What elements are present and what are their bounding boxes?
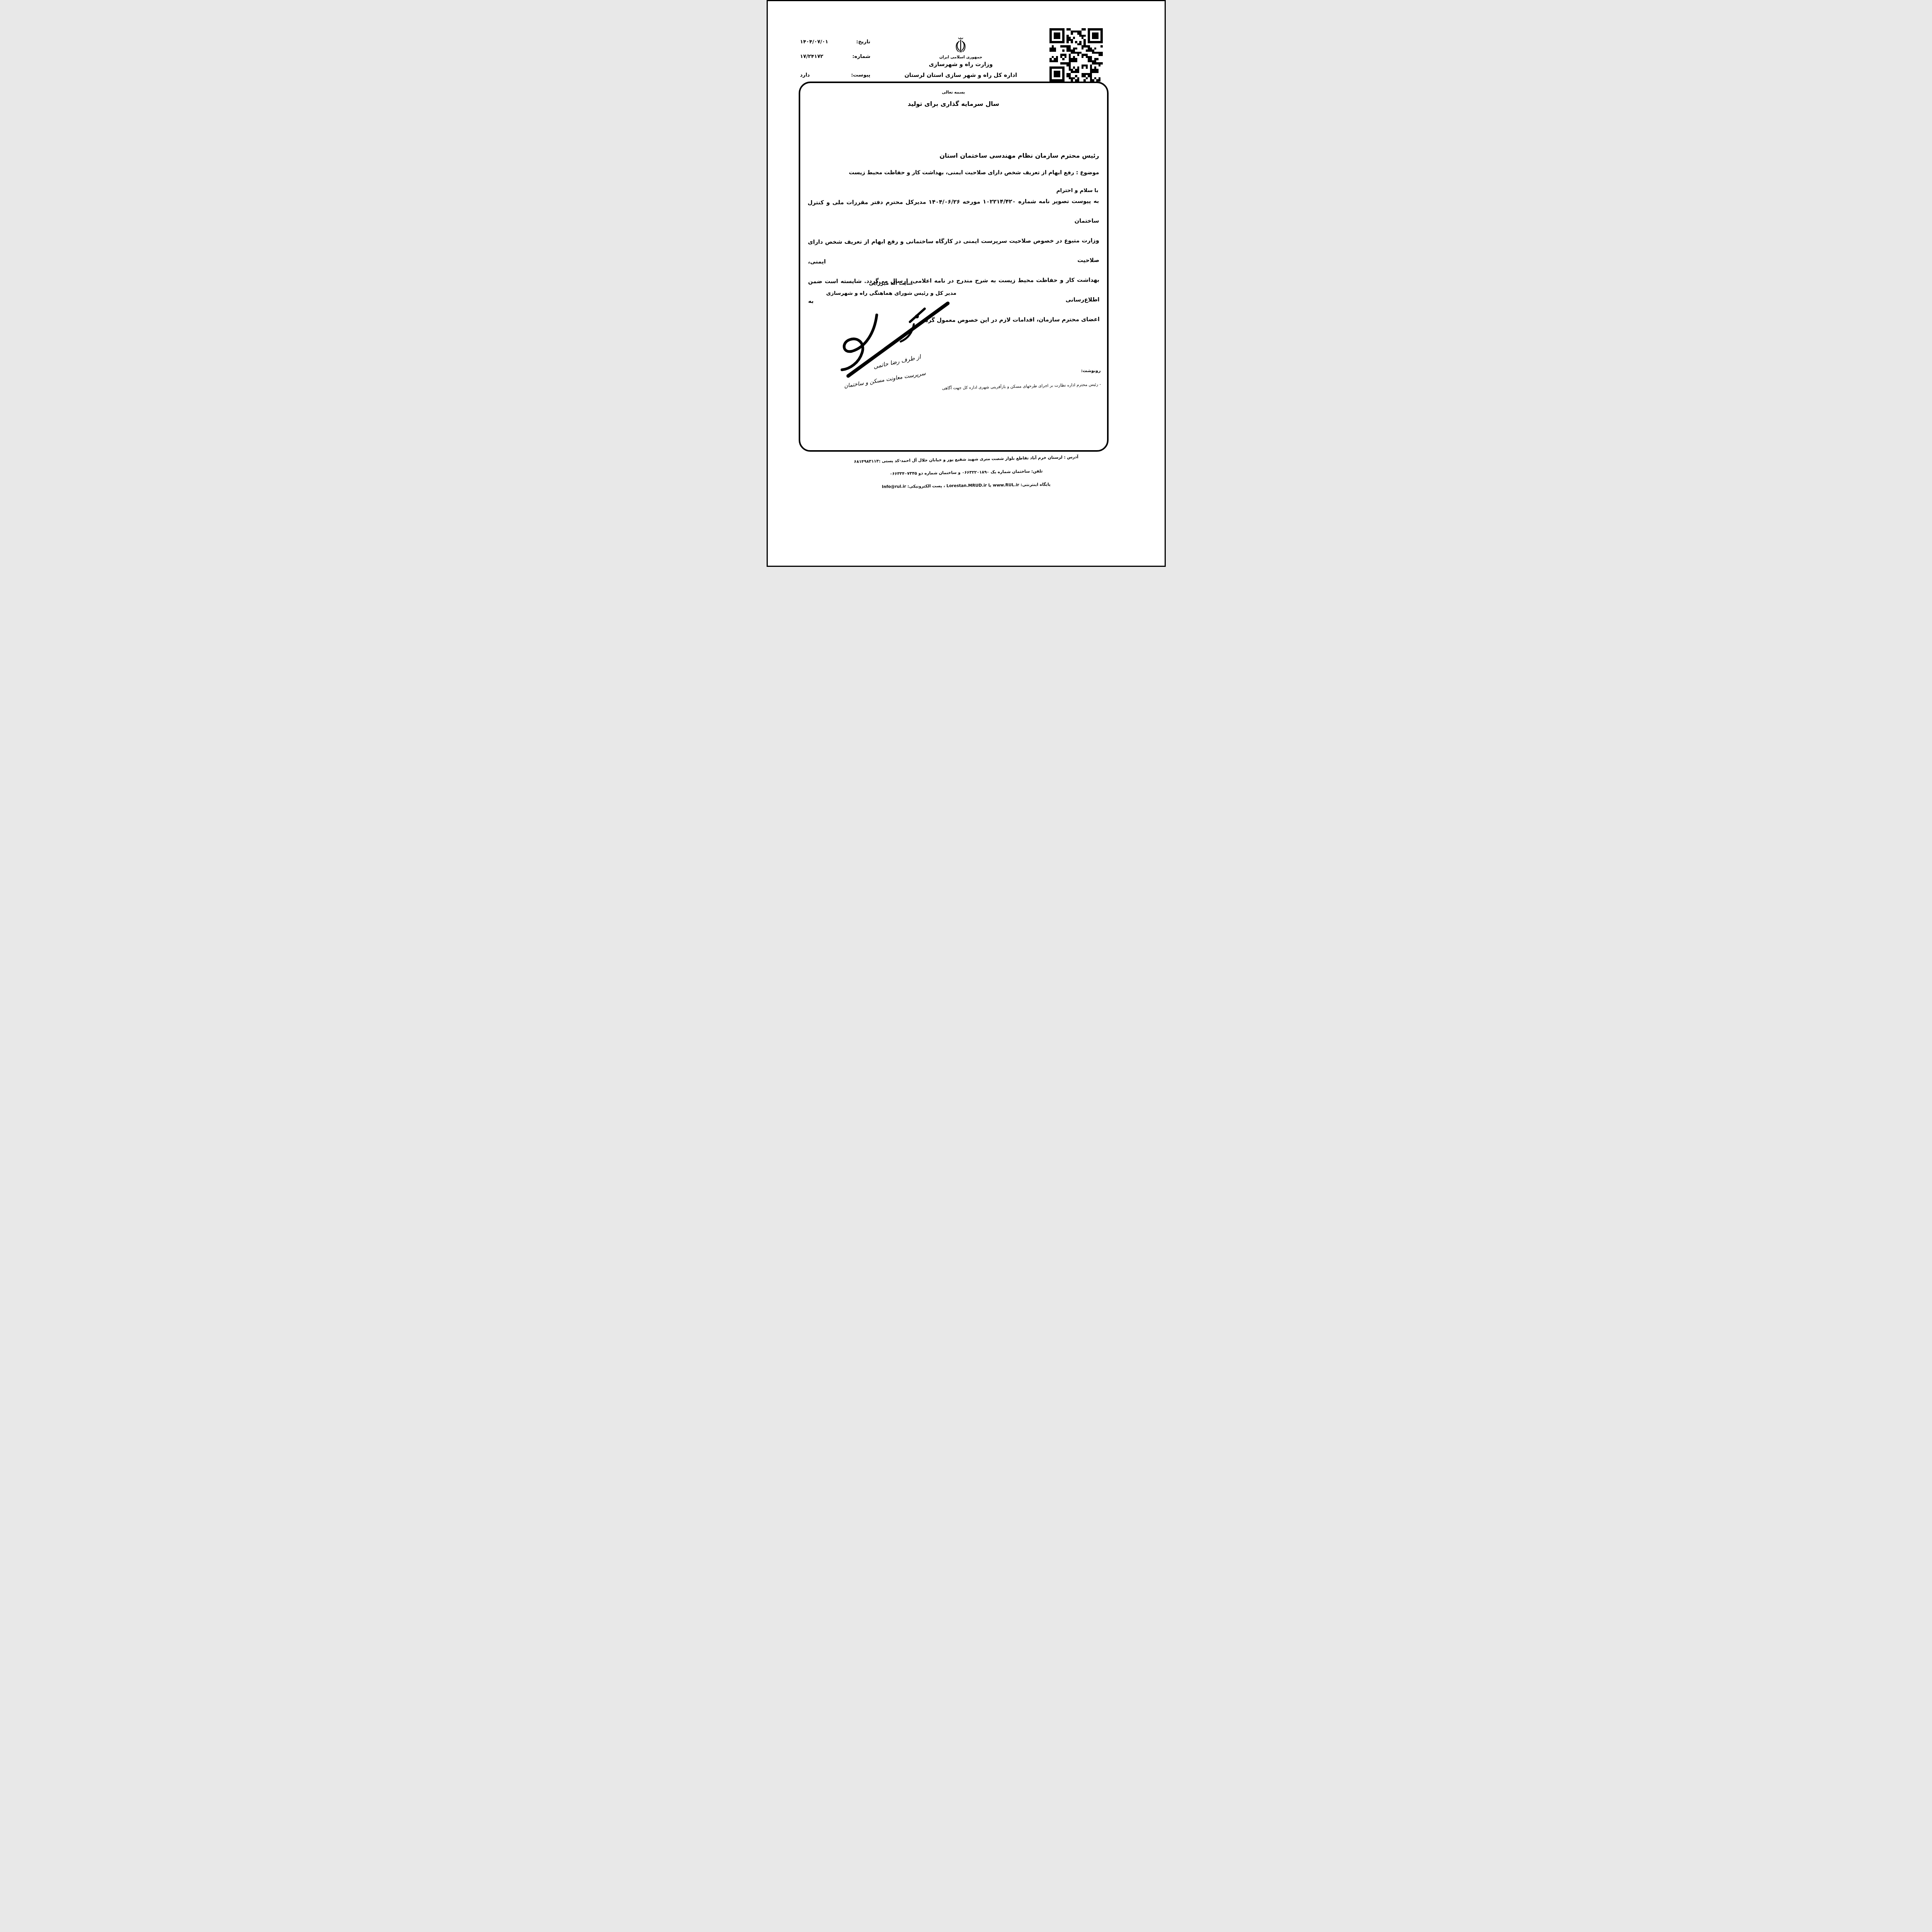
body-line: به پیوست تصویر نامه شماره ۱۰۲۲۱۴/۴۲۰ مور… — [808, 192, 1099, 233]
date-value: ۱۴۰۴/۰۷/۰۱ — [800, 39, 828, 45]
department-name: اداره کل راه و شهر سازی استان لرستان — [839, 72, 1083, 78]
body-line: وزارت متبوع در خصوص صلاحیت سرپرست ایمنی … — [808, 231, 1099, 272]
scanned-letter-page: تاریخ: ۱۴۰۴/۰۷/۰۱ شماره: ۱۷/۲۴۱۷۲ پیوست:… — [767, 0, 1166, 567]
footer-phones: تلفن: ساختمان شماره یک ۰۶۶۳۲۲۰۱۸۹۰ و ساخ… — [783, 467, 1149, 478]
iran-national-emblem-icon — [953, 37, 968, 54]
signature-block: عنایت اله میرزایی مدیر کل و رئیس شورای ه… — [800, 281, 983, 296]
ministry-name: وزارت راه و شهرسازی — [839, 61, 1083, 68]
footer-web: پایگاه اینترنتی: www.RUL.ir یا Lorestan.… — [783, 481, 1149, 490]
attachment-value: دارد — [800, 72, 810, 78]
letter-frame: بسمه تعالی سال سرمایه گذاری برای تولید ر… — [799, 82, 1109, 452]
country-name: جمهوری اسلامی ایران — [839, 55, 1083, 60]
handwritten-signature-icon — [827, 300, 955, 388]
signer-title: مدیر کل و رئیس شورای هماهنگی راه و شهرسا… — [800, 290, 983, 296]
number-value: ۱۷/۲۴۱۷۲ — [800, 54, 823, 60]
subject-line: موضوع : رفع ابهام از تعریف شخص دارای صلا… — [808, 170, 1099, 176]
qr-code-icon — [1049, 28, 1103, 82]
year-slogan: سال سرمایه گذاری برای تولید — [800, 100, 1107, 107]
cc-label: رونوشت: — [1081, 368, 1100, 373]
besmele-line: بسمه تعالی — [800, 90, 1107, 95]
signer-name: عنایت اله میرزایی — [800, 281, 983, 286]
recipient-line: رئیس محترم سازمان نظام مهندسی ساختمان اس… — [808, 152, 1099, 159]
footer-address: آدرس : لرستان خرم آباد تقاطع بلوار شصت م… — [783, 453, 1149, 466]
letterhead: جمهوری اسلامی ایران وزارت راه و شهرسازی … — [839, 37, 1083, 78]
